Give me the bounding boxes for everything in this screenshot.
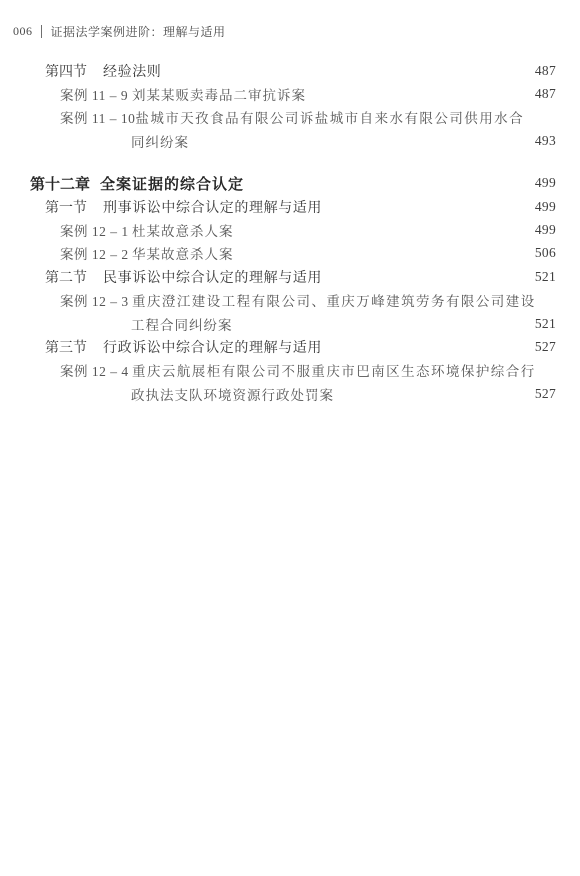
entry-page-number: 499 — [535, 222, 556, 238]
entry-page-number: 521 — [535, 269, 556, 285]
entry-title: 政执法支队环境资源行政处罚案 — [131, 384, 334, 404]
entry-page-number: 493 — [535, 133, 556, 149]
entry-page-number: 487 — [535, 86, 556, 102]
toc-entry-section: 第二节 民事诉讼中综合认定的理解与适用 521 — [0, 265, 556, 288]
entry-title: 刑事诉讼中综合认定的理解与适用 — [103, 197, 322, 217]
entry-title: 刘某某贩卖毒品二审抗诉案 — [132, 84, 306, 104]
entry-label: 第十二章 — [30, 173, 90, 194]
entry-title: 工程合同纠纷案 — [131, 314, 233, 334]
entry-label: 第一节 — [45, 197, 87, 217]
entry-title: 杜某故意杀人案 — [132, 220, 234, 240]
toc-entry-continuation: 工程合同纠纷案 521 — [0, 312, 556, 335]
running-header: 006 证据法学案例进阶：理解与适用 — [13, 23, 226, 40]
entry-title: 民事诉讼中综合认定的理解与适用 — [103, 267, 322, 287]
entry-title: 华某故意杀人案 — [132, 243, 234, 263]
toc-entry-section: 第一节 刑事诉讼中综合认定的理解与适用 499 — [0, 195, 556, 218]
entry-page-number: 487 — [535, 63, 556, 79]
toc-entry-chapter: 第十二章 全案证据的综合认定 499 — [0, 172, 556, 195]
toc-list: 第四节 经验法则 487 案例 11 – 9 刘某某贩卖毒品二审抗诉案 487 … — [0, 59, 556, 405]
entry-page-number: 506 — [535, 245, 556, 261]
toc-entry-continuation: 政执法支队环境资源行政处罚案 527 — [0, 382, 556, 405]
toc-entry-case: 案例 12 – 4 重庆云航展柜有限公司不服重庆市巴南区生态环境保护综合行 — [0, 359, 556, 382]
header-divider — [41, 25, 42, 38]
toc-entry-case: 案例 11 – 9 刘某某贩卖毒品二审抗诉案 487 — [0, 82, 556, 105]
entry-title: 全案证据的综合认定 — [100, 173, 244, 194]
entry-label: 案例 12 – 1 — [60, 220, 132, 240]
entry-title: 重庆澄江建设工程有限公司、重庆万峰建筑劳务有限公司建设 — [132, 290, 536, 310]
toc-entry-section: 第三节 行政诉讼中综合认定的理解与适用 527 — [0, 335, 556, 358]
entry-title: 经验法则 — [103, 61, 161, 81]
toc-entry-case: 案例 12 – 2 华某故意杀人案 506 — [0, 242, 556, 265]
toc-entry-section: 第四节 经验法则 487 — [0, 59, 556, 82]
entry-label: 案例 12 – 3 — [60, 290, 132, 310]
toc-entry-continuation: 同纠纷案 493 — [0, 129, 556, 152]
entry-label: 案例 11 – 10 — [60, 107, 135, 127]
entry-label: 第四节 — [45, 61, 87, 81]
toc-entry-case: 案例 12 – 3 重庆澄江建设工程有限公司、重庆万峰建筑劳务有限公司建设 — [0, 289, 556, 312]
entry-page-number: 521 — [535, 316, 556, 332]
book-toc-page: 006 证据法学案例进阶：理解与适用 第四节 经验法则 487 案例 11 – … — [0, 0, 580, 876]
entry-label: 案例 12 – 2 — [60, 243, 132, 263]
entry-label: 第三节 — [45, 337, 87, 357]
entry-title: 行政诉讼中综合认定的理解与适用 — [103, 337, 322, 357]
entry-page-number: 527 — [535, 339, 556, 355]
entry-page-number: 527 — [535, 386, 556, 402]
book-title: 证据法学案例进阶：理解与适用 — [51, 23, 226, 40]
entry-page-number: 499 — [535, 175, 556, 191]
toc-entry-case: 案例 12 – 1 杜某故意杀人案 499 — [0, 218, 556, 241]
entry-title: 盐城市天孜食品有限公司诉盐城市自来水有限公司供用水合 — [135, 107, 524, 127]
entry-page-number: 499 — [535, 199, 556, 215]
entry-label: 第二节 — [45, 267, 87, 287]
entry-label: 案例 11 – 9 — [60, 84, 132, 104]
entry-title: 重庆云航展柜有限公司不服重庆市巴南区生态环境保护综合行 — [132, 360, 536, 380]
folio-page-number: 006 — [13, 24, 33, 39]
section-gap — [0, 153, 556, 172]
toc-entry-case: 案例 11 – 10 盐城市天孜食品有限公司诉盐城市自来水有限公司供用水合 — [0, 106, 556, 129]
entry-title: 同纠纷案 — [131, 131, 189, 151]
entry-label: 案例 12 – 4 — [60, 360, 132, 380]
